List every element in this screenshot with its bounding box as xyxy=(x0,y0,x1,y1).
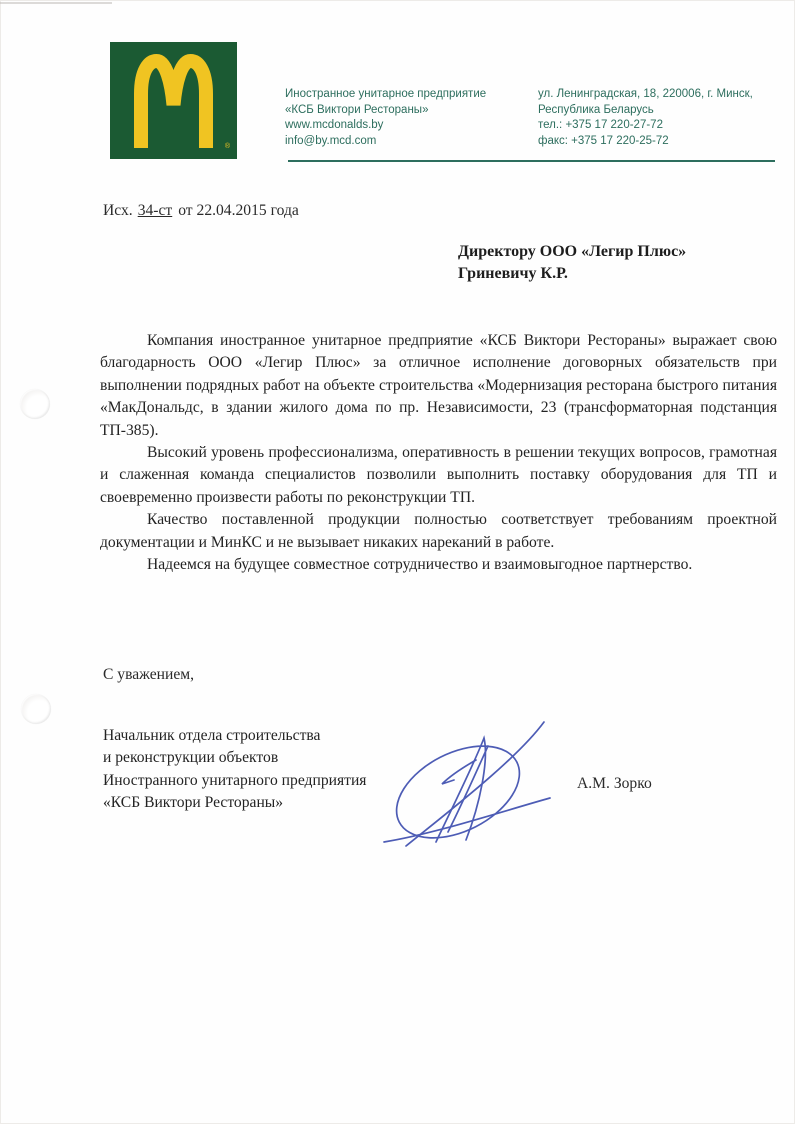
company-line: «КСБ Виктори Рестораны» xyxy=(285,103,486,119)
fax-line: факс: +375 17 220-25-72 xyxy=(538,134,753,150)
body-paragraph: Высокий уровень профессионализма, операт… xyxy=(100,442,777,509)
scan-edge-artifact xyxy=(0,2,112,4)
addressee-title: Директору ООО «Легир Плюс» xyxy=(458,241,686,263)
company-website: www.mcdonalds.by xyxy=(285,118,486,134)
ref-date: от 22.04.2015 года xyxy=(178,202,299,219)
letter-body: Компания иностранное унитарное предприят… xyxy=(100,330,777,576)
ref-prefix: Исх. xyxy=(103,202,133,219)
address-line: Республика Беларусь xyxy=(538,103,753,119)
body-paragraph: Качество поставленной продукции полность… xyxy=(100,509,777,554)
signer-name: А.М. Зорко xyxy=(577,775,652,793)
body-paragraph: Компания иностранное унитарное предприят… xyxy=(100,330,777,442)
mcdonalds-logo: ® xyxy=(110,42,237,159)
registered-trademark: ® xyxy=(225,143,230,150)
company-line: Иностранное унитарное предприятие xyxy=(285,87,486,103)
hole-punch-mark xyxy=(21,694,51,724)
body-paragraph: Надеемся на будущее совместное сотруднич… xyxy=(100,554,777,576)
header-divider xyxy=(288,160,775,162)
reference-line: Исх.34-стот 22.04.2015 года xyxy=(103,202,299,220)
hole-punch-mark xyxy=(20,389,50,419)
salutation: С уважением, xyxy=(103,666,194,684)
signoff-block: Начальник отдела строительства и реконст… xyxy=(103,725,366,815)
addressee-block: Директору ООО «Легир Плюс» Гриневичу К.Р… xyxy=(458,241,686,285)
addressee-name: Гриневичу К.Р. xyxy=(458,263,686,285)
company-email: info@by.mcd.com xyxy=(285,134,486,150)
golden-arches-icon xyxy=(110,42,237,159)
phone-line: тел.: +375 17 220-27-72 xyxy=(538,118,753,134)
company-info: Иностранное унитарное предприятие «КСБ В… xyxy=(285,87,486,149)
letter-page: ® Иностранное унитарное предприятие «КСБ… xyxy=(0,0,795,1124)
signoff-line: и реконструкции объектов xyxy=(103,747,366,769)
contact-info: ул. Ленинградская, 18, 220006, г. Минск,… xyxy=(538,87,753,149)
handwritten-signature xyxy=(378,706,570,864)
signoff-line: «КСБ Виктори Рестораны» xyxy=(103,792,366,814)
signoff-line: Иностранного унитарного предприятия xyxy=(103,770,366,792)
signoff-line: Начальник отдела строительства xyxy=(103,725,366,747)
ref-number: 34-ст xyxy=(138,202,173,219)
address-line: ул. Ленинградская, 18, 220006, г. Минск, xyxy=(538,87,753,103)
